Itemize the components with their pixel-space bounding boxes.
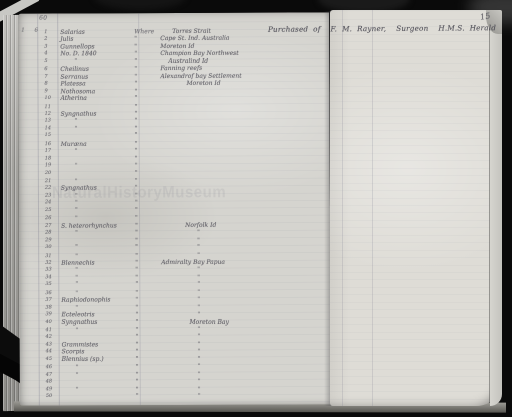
row-number: 9 [44,88,47,95]
specimen-name: Raphiodonophis [61,297,110,304]
row-number: 46 [46,364,52,371]
specimen-name: Syngnathus [61,185,97,192]
row-number: 22 [45,185,51,192]
ditto-mark: " [134,88,137,95]
ditto-mark: " [197,281,200,288]
ditto-mark: " [135,259,138,266]
ditto-mark: " [135,274,138,281]
ditto-mark: " [75,125,78,132]
page-fore-edge-right [490,10,502,406]
specimen-name: Julis [60,36,73,43]
specimen-name: Cheilinus [60,66,89,73]
row-number: 29 [45,237,51,244]
row-number: 7 [44,74,47,81]
edge-crease [489,10,490,402]
ditto-mark: " [136,378,139,385]
column-rule [342,10,343,406]
specimen-name: S. heterorhynchus [61,222,117,229]
ditto-mark: " [198,333,201,340]
ruled-lines [330,10,502,406]
ditto-mark: " [198,363,201,370]
ditto-mark: " [136,356,139,363]
ditto-mark: " [197,266,200,273]
ditto-mark: " [76,364,79,371]
ditto-mark: " [135,289,138,296]
row-number: 5 [44,58,47,65]
ditto-mark: " [134,50,137,57]
row-number: 49 [46,386,52,393]
specimen-name: Syngnathus [61,110,97,117]
row-number: 15 [45,132,51,139]
right-page: 15 [330,10,502,406]
specimen-name: No. D. 1840 [60,51,96,58]
left-page: NaturalHistoryMuseum 60 1 6 1SalariasWhe… [18,12,331,405]
locality: Alexandrof bay Settlement [160,72,241,80]
ditto-mark: " [135,155,138,162]
row-number: 2 [44,36,47,43]
ditto-mark: " [135,162,138,169]
ditto-mark: " [135,281,138,288]
row-number: 44 [46,349,52,356]
row-number: 32 [45,260,51,267]
heading-inscription: Purchased of F. M. Rayner, Surgeon H.M.S… [268,23,496,34]
ditto-mark: " [76,386,79,393]
row-number: 28 [45,230,51,237]
column-rule [372,10,373,406]
row-number: 24 [45,200,51,207]
row-number: 40 [45,319,51,326]
row-number: 19 [45,162,51,169]
row-number: 45 [46,356,52,363]
ditto-mark: " [135,215,138,222]
row-number: 20 [45,170,51,177]
ditto-mark: " [136,334,139,341]
ditto-mark: " [136,341,139,348]
row-number: 18 [45,155,51,162]
ditto-mark: " [197,237,200,244]
row-number: 8 [44,81,47,88]
ditto-mark: " [75,252,78,259]
ditto-mark: " [136,386,139,393]
ditto-mark: " [75,230,78,237]
ditto-mark: " [135,222,138,229]
table-row: 50"" [20,393,331,401]
row-number: 42 [46,334,52,341]
ditto-mark: " [136,393,139,400]
ditto-mark: " [135,267,138,274]
ditto-mark: " [135,237,138,244]
ditto-mark: " [76,371,79,378]
ditto-mark: " [136,371,139,378]
row-number: 39 [45,311,51,318]
ditto-mark: " [75,162,78,169]
locality: Fanning reefs [160,65,202,72]
register-rows: 1SalariasWhereTorres Strait2Julis"Cape S… [18,27,331,405]
ditto-mark: " [198,393,201,400]
row-number: 26 [45,215,51,222]
ditto-mark: " [136,364,139,371]
row-number: 30 [45,244,51,251]
specimen-name: Blennius (sp.) [62,356,104,363]
ditto-mark: " [135,95,138,102]
row-number: 50 [46,393,52,400]
corner-note: 60 [39,15,47,22]
row-number: 17 [45,148,51,155]
ditto-mark: " [135,207,138,214]
ditto-mark: " [75,207,78,214]
ditto-mark: " [197,296,200,303]
ditto-mark: " [134,73,137,80]
ditto-mark: " [135,304,138,311]
ditto-mark: " [197,311,200,318]
top-edge-shadow [94,0,186,10]
ditto-mark: " [198,386,201,393]
ditto-mark: " [75,304,78,311]
ditto-mark: " [135,132,138,139]
specimen-name: Blennechis [61,259,94,266]
ditto-mark: " [135,244,138,251]
row-number: 13 [45,118,51,125]
ditto-mark: " [197,326,200,333]
ditto-mark: " [198,348,201,355]
ditto-mark: " [198,378,201,385]
ditto-mark: " [135,110,138,117]
row-number: 48 [46,379,52,386]
row-number: 37 [45,297,51,304]
specimen-name: Atherina [61,95,87,102]
row-number: 10 [45,95,51,102]
ditto-mark: " [75,215,78,222]
locality: Norfolk Id [161,221,216,228]
row-number: 33 [45,267,51,274]
locality: Admiralty Bay Papua [161,259,225,266]
ditto-mark: " [135,252,138,259]
ditto-mark: " [134,58,137,65]
row-number: 31 [45,253,51,260]
locality: Moreton Bay [161,319,228,326]
row-number: 25 [45,207,51,214]
ditto-mark: " [135,118,138,125]
specimen-name: Nothosoma [60,88,95,95]
ditto-mark: " [135,229,138,236]
specimen-name: Scorpis [62,349,85,356]
ditto-mark: " [197,304,200,311]
row-number: 35 [45,281,51,288]
locality: Cape St. Ind. Australia [160,35,229,42]
ditto-mark: " [198,356,201,363]
ditto-mark: " [135,147,138,154]
row-number: 11 [45,104,51,111]
ditto-mark: " [198,341,201,348]
ditto-mark: " [197,251,200,258]
ditto-mark: " [134,80,137,87]
ditto-mark: " [75,281,78,288]
ditto-mark: " [197,244,200,251]
scanned-register-photo: NaturalHistoryMuseum 60 1 6 1SalariasWhe… [0,0,512,417]
ditto-mark: " [75,148,78,155]
ditto-mark: " [75,274,78,281]
ditto-mark: " [135,192,138,199]
ditto-mark: " [135,199,138,206]
row-number: 38 [45,304,51,311]
specimen-name: Serranus [60,73,88,80]
ditto-mark: " [135,185,138,192]
ditto-mark: " [75,118,78,125]
ditto-mark: " [197,274,200,281]
ditto-mark: " [197,289,200,296]
ditto-mark: " [197,229,200,236]
specimen-name: Platessa [60,81,85,88]
locality: Moreton Id [160,43,194,50]
ditto-mark: " [75,200,78,207]
ditto-mark: " [135,103,138,110]
ditto-mark: " [134,43,137,50]
ditto-mark: " [134,66,137,73]
ditto-mark: " [135,311,138,318]
ditto-mark: " [135,170,138,177]
page-number: 15 [479,11,491,22]
ditto-mark: " [74,58,77,65]
row-number: 27 [45,222,51,229]
row-number: 47 [46,371,52,378]
ditto-mark: " [75,267,78,274]
specimen-name: Syngnathus [61,319,97,326]
ditto-mark: " [135,125,138,132]
specimen-name: Ecteleotris [61,311,94,318]
ditto-mark: " [75,244,78,251]
row-number: 4 [44,51,47,58]
locality: Australind Id [160,58,208,65]
ditto-mark: " [198,371,201,378]
ditto-mark: " [75,290,78,297]
locality: Champion Bay Northwest [160,50,238,57]
row-number: 12 [45,111,51,118]
ditto-mark: " [135,296,138,303]
ditto-mark: " [136,348,139,355]
locality: Moreton Id [160,80,220,87]
ditto-mark: " [134,36,137,43]
row-number: 6 [44,66,47,73]
ditto-mark: " [135,140,138,147]
ditto-mark: " [135,319,138,326]
